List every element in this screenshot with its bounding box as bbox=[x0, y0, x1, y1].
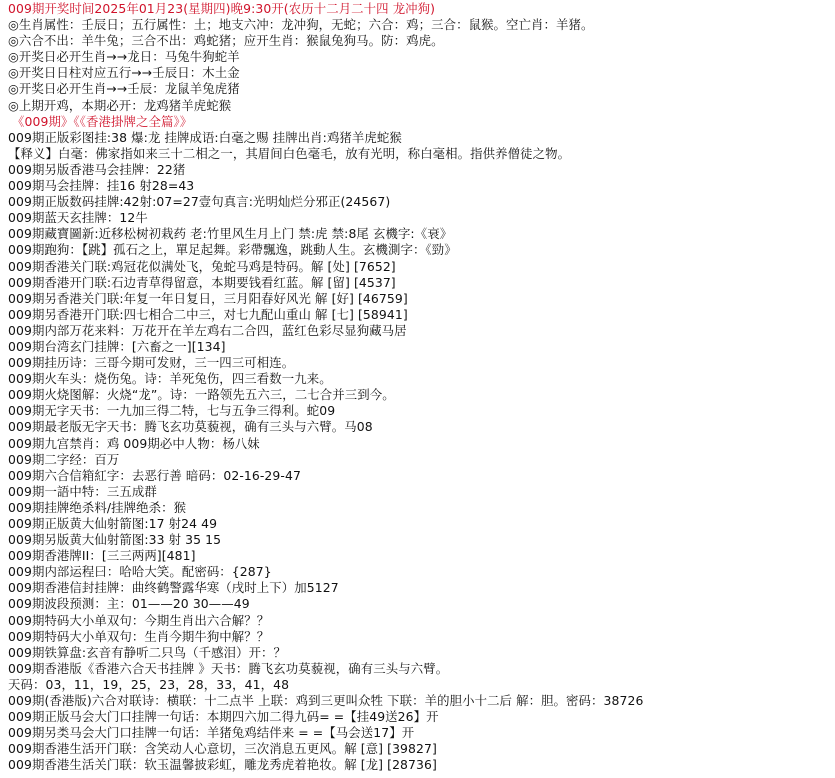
lottery-document: 009期开奖时间2025年01月23(星期四)晚9:30开(农历十二月二十四 龙… bbox=[0, 0, 835, 774]
content-line: 009期铁算盘:玄音有静听二只鸟（千感泪）开：？ bbox=[8, 645, 835, 661]
content-line: 009期九宫禁肖：鸡 009期必中人物：杨八妹 bbox=[8, 436, 835, 452]
content-line: 009期另版黄大仙射箭图:33 射 35 15 bbox=[8, 532, 835, 548]
content-line: 009期香港信封挂牌：曲终鹤警露华寒（戌时上下）加5127 bbox=[8, 580, 835, 596]
content-line: 009期香港开门联:石边青草得留意，本期要钱看红蓝。解 [留] [4537] bbox=[8, 275, 835, 291]
intro-line: ◎六合不出：羊牛兔；三合不出：鸡蛇猪；应开生肖：猴鼠兔狗马。防：鸡虎。 bbox=[8, 33, 835, 49]
content-line: 009期二字经：百万 bbox=[8, 452, 835, 468]
content-line: 【释义】白毫：佛家指如来三十二相之一，其眉间白色毫毛，放有光明，称白毫相。指供养… bbox=[8, 146, 835, 162]
content-line: 009期香港版《香港六合天书挂牌 》天书：腾飞玄功莫藐视，确有三头与六臂。 bbox=[8, 661, 835, 677]
content-line: 009期香港牌II：[三三两两][481] bbox=[8, 548, 835, 564]
content-line: 009期跑狗：【跳】孤石之上，單足起舞。彩帶飄逸，跳動人生。玄機測字：《勁》 bbox=[8, 242, 835, 258]
content-line: 009期最老版无字天书：腾飞玄功莫藐视，确有三头与六臂。马08 bbox=[8, 419, 835, 435]
intro-line: ◎开奖日必开生肖→→壬辰：龙鼠羊兔虎猪 bbox=[8, 81, 835, 97]
content-line: 009期另类马会大门口挂牌一句话：羊猪兔鸡结伴来 = =【马会送17】开 bbox=[8, 725, 835, 741]
content-line: 009期香港关门联:鸡冠花似满处飞，兔蛇马鸡是特码。解 [处] [7652] bbox=[8, 259, 835, 275]
intro-line: ◎上期开鸡，本期必开：龙鸡猪羊虎蛇猴 bbox=[8, 98, 835, 114]
intro-line: ◎开奖日必开生肖→→龙日：马兔牛狗蛇羊 bbox=[8, 49, 835, 65]
content-list: 009期正版彩图挂:38 爆:龙 挂牌成语:白毫之赐 挂牌出肖:鸡猪羊虎蛇猴 【… bbox=[8, 130, 835, 774]
intro-line: ◎开奖日日柱对应五行→→壬辰日：木土金 bbox=[8, 65, 835, 81]
content-line: 009期特码大小单双句：今期生肖出六合解？？ bbox=[8, 613, 835, 629]
content-line: 009期内部万花来料：万花开在羊左鸡右二合四，蓝红色彩尽显狗藏马居 bbox=[8, 323, 835, 339]
content-line: 009期正版马会大门口挂牌一句话：本期四六加二得九码= =【挂49送26】开 bbox=[8, 709, 835, 725]
section-title: 《009期》《《香港掛牌之全篇》》 bbox=[8, 114, 835, 130]
content-line: 009期内部运程曰：哈哈大笑。配密码：{287} bbox=[8, 564, 835, 580]
content-line: 009期香港生活开门联：含笑动人心意切，三次消息五更风。解 [意] [39827… bbox=[8, 741, 835, 757]
content-line: 009期一語中特：三五成群 bbox=[8, 484, 835, 500]
content-line: 009期蓝天玄挂牌：12牛 bbox=[8, 210, 835, 226]
content-line: 天码：03，11，19，25，23，28，33，41，48 bbox=[8, 677, 835, 693]
content-line: 009期挂牌绝杀料/挂牌绝杀：猴 bbox=[8, 500, 835, 516]
content-line: 009期另版香港马会挂牌：22猪 bbox=[8, 162, 835, 178]
intro-section: ◎生肖属性：壬辰日；五行属性：土；地支六冲：龙冲狗，无蛇；六合：鸡；三合：鼠猴。… bbox=[8, 17, 835, 114]
content-line: 009期特码大小单双句：生肖今期牛狗中解？？ bbox=[8, 629, 835, 645]
content-line: 009期另香港开门联:四七相合二中三，对七九配山重山 解 [七] [58941] bbox=[8, 307, 835, 323]
content-line: 009期火车头：烧伤兔。诗：羊死兔伤，四三看数一九来。 bbox=[8, 371, 835, 387]
content-line: 009期藏寶圖新:近移松树初栽药 老:竹里风生月上门 禁:虎 禁:8尾 玄機字:… bbox=[8, 226, 835, 242]
content-line: 009期火烧图解：火烧“龙”。诗：一路领先五六三，二七合并三到今。 bbox=[8, 387, 835, 403]
content-line: 009期无字天书：一九加三得二特，七与五争三得利。蛇09 bbox=[8, 403, 835, 419]
content-line: 009期波段预测：主：01——20 30——49 bbox=[8, 596, 835, 612]
intro-line: ◎生肖属性：壬辰日；五行属性：土；地支六冲：龙冲狗，无蛇；六合：鸡；三合：鼠猴。… bbox=[8, 17, 835, 33]
content-line: 009期(香港版)六合对联诗：横联：十二点半 上联：鸡到三更叫众牲 下联：羊的胆… bbox=[8, 693, 835, 709]
draw-time-header: 009期开奖时间2025年01月23(星期四)晚9:30开(农历十二月二十四 龙… bbox=[8, 1, 835, 17]
content-line: 009期正版黄大仙射箭图:17 射24 49 bbox=[8, 516, 835, 532]
content-line: 009期台湾玄门挂牌：[六畜之一][134] bbox=[8, 339, 835, 355]
content-line: 009期正版彩图挂:38 爆:龙 挂牌成语:白毫之赐 挂牌出肖:鸡猪羊虎蛇猴 bbox=[8, 130, 835, 146]
content-line: 009期马会挂牌：挂16 射28=43 bbox=[8, 178, 835, 194]
content-line: 009期另香港关门联:年复一年日复日，三月阳春好风光 解 [好] [46759] bbox=[8, 291, 835, 307]
content-line: 009期挂历诗：三哥今期可发财，三一四三可相连。 bbox=[8, 355, 835, 371]
content-line: 009期正版数码挂牌:42射:07=27壹句真言:光明灿烂分邪正(24567) bbox=[8, 194, 835, 210]
content-line: 009期六合信箱紅字：去恶行善 暗码：02-16-29-47 bbox=[8, 468, 835, 484]
content-line: 009期香港生活关门联：软玉温馨披彩虹，雕龙秀虎着艳妆。解 [龙] [28736… bbox=[8, 757, 835, 773]
